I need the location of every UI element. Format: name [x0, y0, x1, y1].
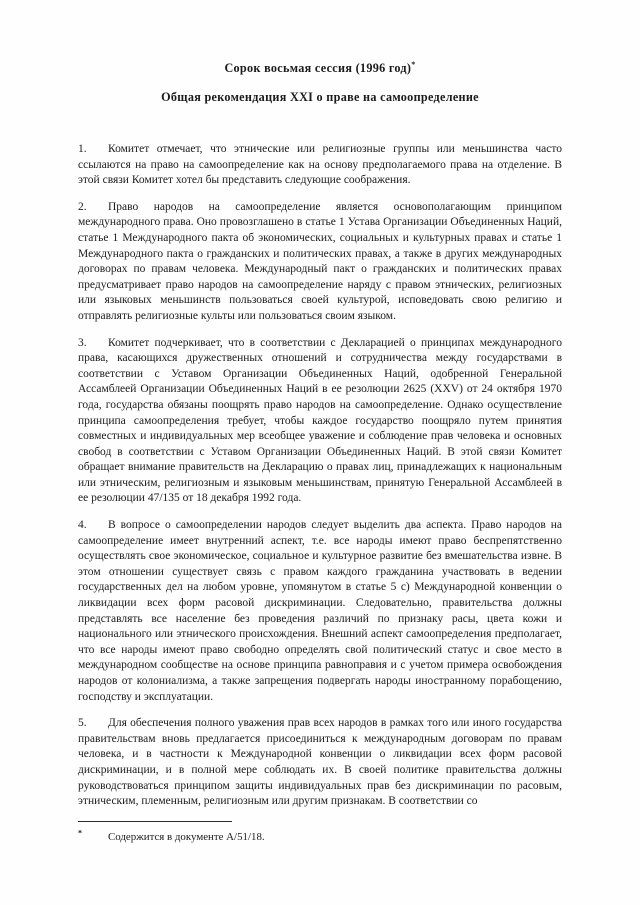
footnote-separator-line: [78, 821, 232, 822]
page-subtitle: Общая рекомендация XXI о праве на самооп…: [78, 90, 562, 105]
paragraph: 5.Для обеспечения полного уважения прав …: [78, 716, 562, 810]
paragraph-number: 1.: [78, 142, 108, 158]
document-body: 1.Комитет отмечает, что этнические или р…: [78, 142, 562, 810]
footnote-marker-asterisk: *: [78, 828, 82, 837]
document-page: Сорок восьмая сессия (1996 год)* Общая р…: [0, 0, 640, 905]
paragraph-number: 5.: [78, 716, 108, 732]
paragraph-text: В вопросе о самоопределении народов след…: [78, 519, 562, 703]
paragraph-text: Комитет подчеркивает, что в соответствии…: [78, 337, 562, 505]
paragraph: 4.В вопросе о самоопределении народов сл…: [78, 518, 562, 705]
paragraph-text: Комитет отмечает, что этнические или рел…: [78, 143, 562, 186]
paragraph-number: 4.: [78, 518, 108, 534]
footnote: *Содержится в документе A/51/18.: [78, 831, 562, 844]
paragraph: 2.Право народов на самоопределение являе…: [78, 200, 562, 325]
footnote-text: Содержится в документе A/51/18.: [108, 831, 265, 843]
paragraph-number: 2.: [78, 200, 108, 216]
paragraph-text: Право народов на самоопределение являетс…: [78, 201, 562, 322]
paragraph-number: 3.: [78, 336, 108, 352]
page-title-text: Сорок восьмая сессия (1996 год): [224, 61, 411, 75]
paragraph: 3.Комитет подчеркивает, что в соответств…: [78, 336, 562, 508]
paragraph: 1.Комитет отмечает, что этнические или р…: [78, 142, 562, 189]
footnote-marker: *: [78, 831, 108, 844]
paragraph-text: Для обеспечения полного уважения прав вс…: [78, 717, 562, 807]
footnote-reference-asterisk: *: [411, 60, 415, 69]
page-title: Сорок восьмая сессия (1996 год)*: [78, 61, 562, 76]
